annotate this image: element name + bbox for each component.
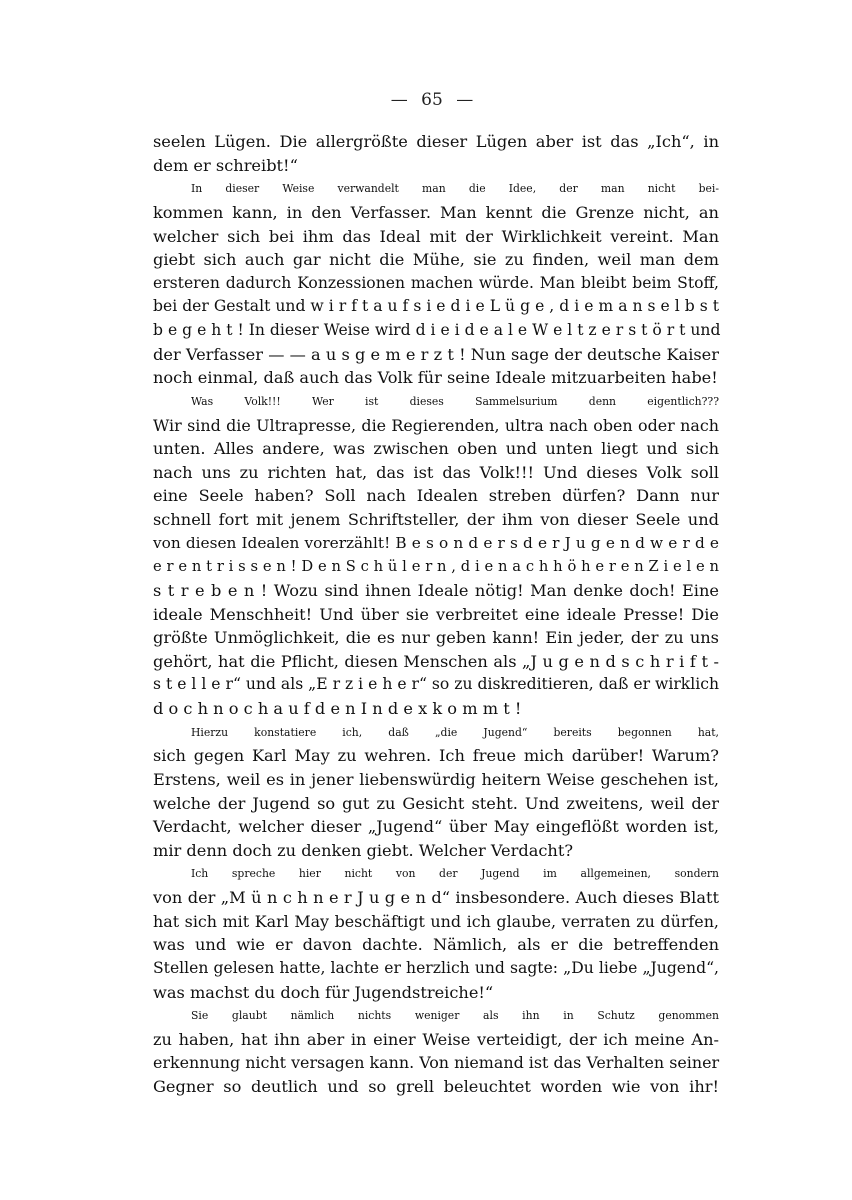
text-line: schnell fort mit jenem Schriftsteller, d… (153, 508, 719, 532)
text-line: seelen Lügen. Die allergrößte dieser Lüg… (153, 130, 719, 154)
page-number: — 65 — (0, 90, 852, 110)
text-line: dem er schreibt!“ (153, 154, 719, 178)
text-line: sich gegen Karl May zu wehren. Ich freue… (153, 744, 719, 768)
text-line: Verdacht, welcher dieser „Jugend“ über M… (153, 815, 719, 839)
text-line: Erstens, weil es in jener liebenswürdig … (153, 768, 719, 792)
text-line: was machst du doch für Jugendstreiche!“ (153, 981, 719, 1005)
text-line: Wir sind die Ultrapresse, die Regierende… (153, 414, 719, 438)
text-line: erkennung nicht versagen kann. Von niema… (153, 1051, 719, 1075)
text-line: s t e l l e r“ und als „E r z i e h e r“… (153, 673, 719, 697)
text-line: größte Unmöglichkeit, die es nur geben k… (153, 626, 719, 650)
text-line: unten. Alles andere, was zwischen oben u… (153, 437, 719, 461)
text-line: Gegner so deutlich und so grell beleucht… (153, 1075, 719, 1099)
paragraph-first-line: Was Volk!!! Wer ist dieses Sammelsurium … (153, 390, 719, 414)
text-line: giebt sich auch gar nicht die Mühe, sie … (153, 248, 719, 272)
body-text: seelen Lügen. Die allergrößte dieser Lüg… (153, 130, 719, 1099)
text-line: nach uns zu richten hat, das ist das Vol… (153, 461, 719, 485)
text-line: s t r e b e n ! Wozu sind ihnen Ideale n… (153, 579, 719, 603)
text-line: welcher sich bei ihm das Ideal mit der W… (153, 225, 719, 249)
text-line: Stellen gelesen hatte, lachte er herzlic… (153, 957, 719, 981)
paragraph-first-line: Hierzu konstatiere ich, daß „die Jugend“… (153, 721, 719, 745)
text-line: was und wie er davon dachte. Nämlich, al… (153, 933, 719, 957)
text-line: e r e n t r i s s e n ! D e n S c h ü l … (153, 555, 719, 579)
text-line: der Verfasser — — a u s g e m e r z t ! … (153, 343, 719, 367)
text-line: von diesen Idealen vorerzählt! B e s o n… (153, 532, 719, 556)
text-line: noch einmal, daß auch das Volk für seine… (153, 366, 719, 390)
book-page: — 65 — seelen Lügen. Die allergrößte die… (0, 0, 852, 1200)
text-line: d o c h n o c h a u f d e n I n d e x k … (153, 697, 719, 721)
text-line: kommen kann, in den Verfasser. Man kennt… (153, 201, 719, 225)
text-line: hat sich mit Karl May beschäftigt und ic… (153, 910, 719, 934)
text-line: ideale Menschheit! Und über sie verbreit… (153, 603, 719, 627)
text-line: bei der Gestalt und w i r f t a u f s i … (153, 295, 719, 319)
text-line: mir denn doch zu denken giebt. Welcher V… (153, 839, 719, 863)
paragraph-first-line: Ich spreche hier nicht von der Jugend im… (153, 862, 719, 886)
text-line: welche der Jugend so gut zu Gesicht steh… (153, 792, 719, 816)
text-line: gehört, hat die Pflicht, diesen Menschen… (153, 650, 719, 674)
text-line: ersteren dadurch Konzessionen machen wür… (153, 272, 719, 296)
paragraph-first-line: Sie glaubt nämlich nichts weniger als ih… (153, 1004, 719, 1028)
text-line: von der „M ü n c h n e r J u g e n d“ in… (153, 886, 719, 910)
paragraph-first-line: In dieser Weise verwandelt man die Idee,… (153, 177, 719, 201)
text-line: b e g e h t ! In dieser Weise wird d i e… (153, 319, 719, 343)
text-line: zu haben, hat ihn aber in einer Weise ve… (153, 1028, 719, 1052)
text-line: eine Seele haben? Soll nach Idealen stre… (153, 484, 719, 508)
